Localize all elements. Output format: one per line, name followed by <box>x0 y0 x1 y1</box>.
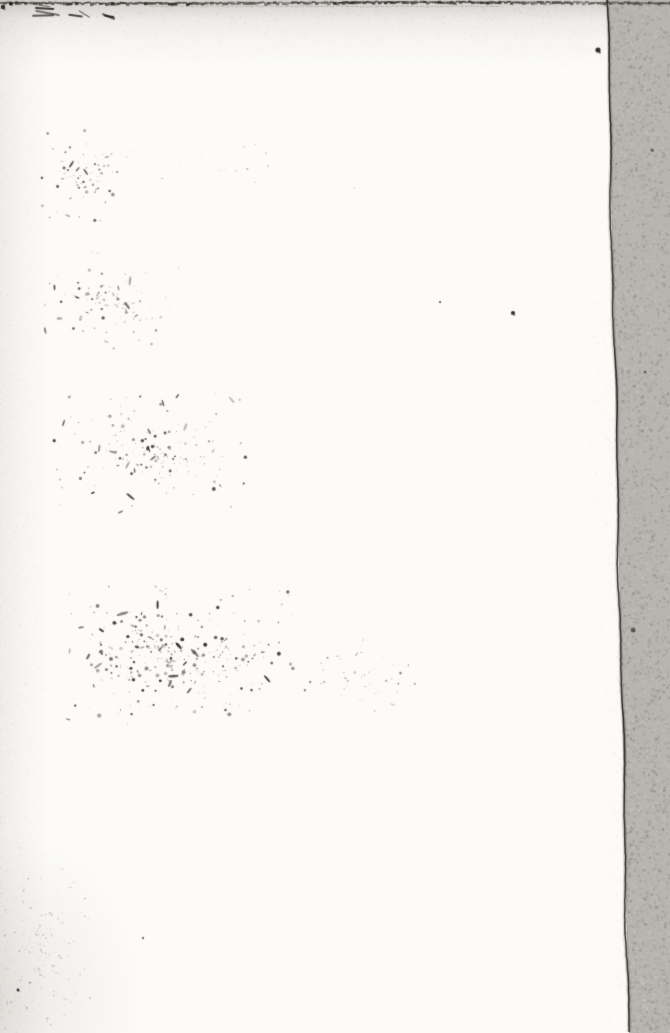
page-surface <box>0 0 670 1033</box>
book-scan <box>0 0 670 1033</box>
